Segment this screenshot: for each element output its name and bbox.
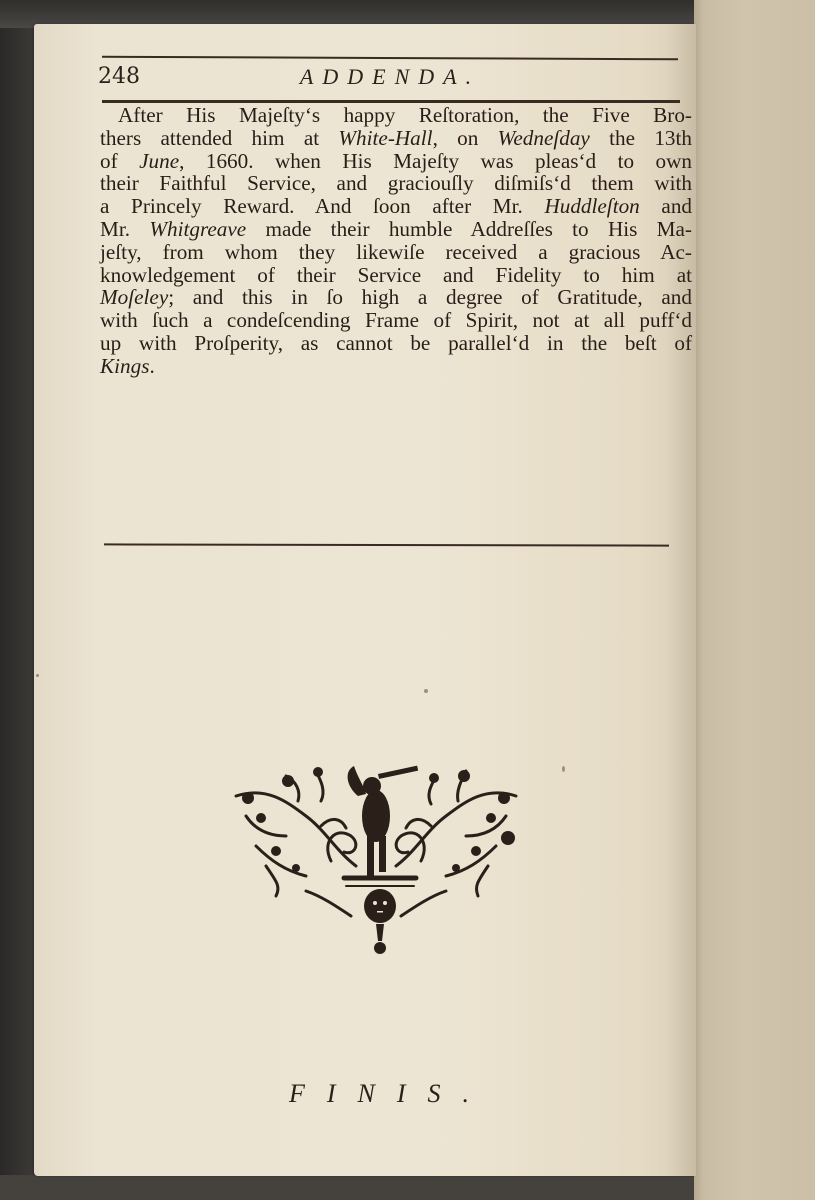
- paper-speck: [424, 689, 428, 693]
- section-end-rule: [104, 543, 669, 546]
- facing-page-edge: [694, 0, 815, 1200]
- text-line: jeſty, from whom they likewiſe received …: [100, 241, 692, 264]
- scan-backdrop-bottom: [0, 1175, 700, 1200]
- addenda-paragraph: After His Majeſty‘s happy Reſtoration, t…: [100, 104, 692, 378]
- text-line: thers attended him at White-Hall, on Wed…: [100, 127, 692, 150]
- woodcut-ornament-icon: [226, 756, 526, 956]
- running-title: ADDENDA.: [98, 64, 682, 90]
- text-line: up with Proſperity, as cannot be paralle…: [100, 332, 692, 355]
- finis-closing: FINIS.: [260, 1079, 520, 1109]
- text-line: of June, 1660. when His Majeſty was plea…: [100, 150, 692, 173]
- header-top-rule: [102, 56, 678, 61]
- italic-term: White-Hall: [338, 126, 432, 150]
- paper-speck: [36, 674, 39, 677]
- text-line: Mr. Whitgreave made their humble Addreſſ…: [100, 218, 692, 241]
- running-head: 248 ADDENDA.: [98, 64, 682, 98]
- italic-term: June: [139, 149, 179, 173]
- scan-backdrop-left: [0, 0, 36, 1200]
- text-line: Kings.: [100, 355, 692, 378]
- italic-term: Kings: [100, 354, 149, 378]
- text-line: knowledgement of their Service and Fidel…: [100, 264, 692, 287]
- text-line: with ſuch a condeſcending Frame of Spiri…: [100, 309, 692, 332]
- text-line: After His Majeſty‘s happy Reſtoration, t…: [100, 104, 692, 127]
- book-page: 248 ADDENDA. After His Majeſty‘s happy R…: [34, 24, 696, 1176]
- text-line: Moſeley; and this in ſo high a degree of…: [100, 286, 692, 309]
- italic-term: Huddleſton: [544, 194, 639, 218]
- italic-term: Wedneſday: [498, 126, 590, 150]
- italic-term: Whitgreave: [149, 217, 246, 241]
- italic-term: Moſeley: [100, 285, 168, 309]
- text-line: a Princely Reward. And ſoon after Mr. Hu…: [100, 195, 692, 218]
- text-line: their Faithful Service, and graciouſly d…: [100, 172, 692, 195]
- paper-speck: [562, 766, 565, 772]
